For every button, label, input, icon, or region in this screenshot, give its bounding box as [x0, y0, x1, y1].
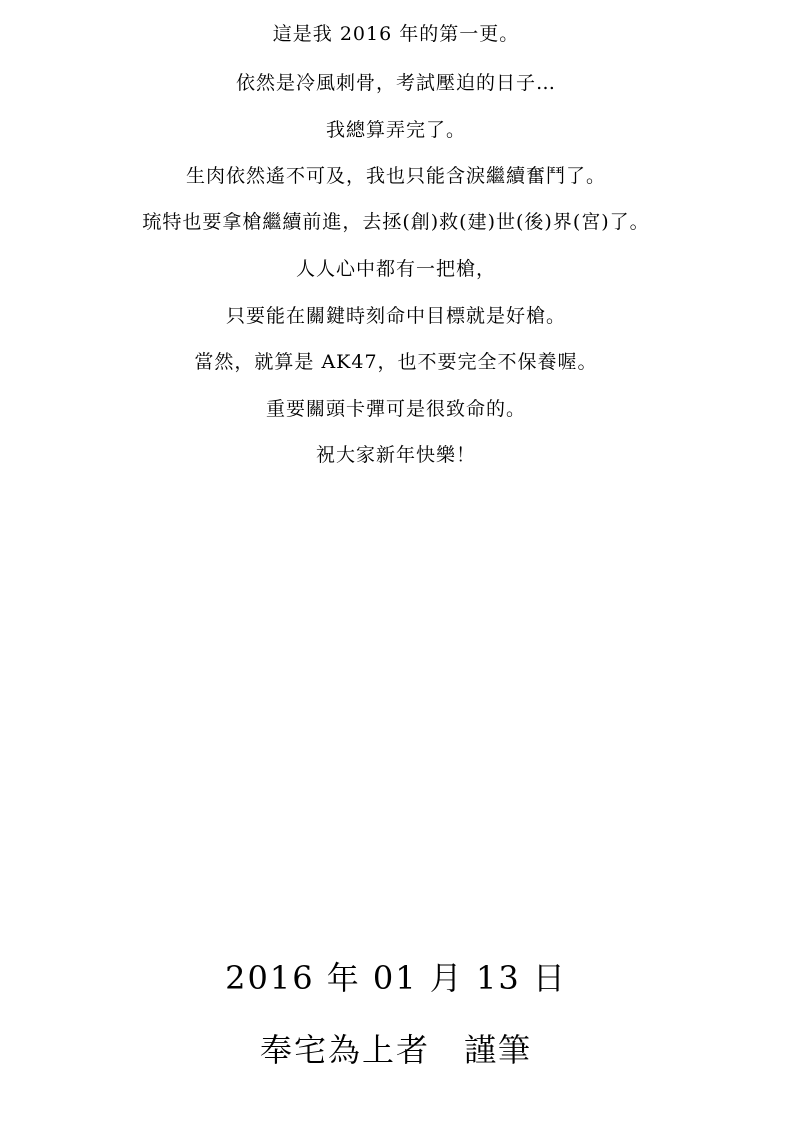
note-line-2: 依然是冷風刺骨，考試壓迫的日子… — [0, 71, 792, 95]
signature-block: 奉宅為上者謹筆 — [0, 1030, 792, 1070]
note-line-1: 這是我 2016 年的第一更。 — [0, 22, 792, 46]
note-line-9: 重要關頭卡彈可是很致命的。 — [0, 397, 792, 421]
signature-closing: 謹筆 — [464, 1031, 532, 1069]
signature-author: 奉宅為上者 — [260, 1031, 430, 1069]
note-line-6: 人人心中都有一把槍， — [0, 257, 792, 281]
signature-date: 2016 年 01 月 13 日 — [0, 958, 792, 998]
document-page: 這是我 2016 年的第一更。 依然是冷風刺骨，考試壓迫的日子… 我總算弄完了。… — [0, 0, 792, 1122]
note-line-4: 生肉依然遙不可及，我也只能含淚繼續奮鬥了。 — [0, 164, 792, 188]
note-line-7: 只要能在關鍵時刻命中目標就是好槍。 — [0, 304, 792, 328]
note-line-5: 琉特也要拿槍繼續前進，去拯(創)救(建)世(後)界(宮)了。 — [0, 210, 792, 234]
note-line-10: 祝大家新年快樂！ — [0, 443, 792, 467]
note-line-3: 我總算弄完了。 — [0, 118, 792, 142]
note-line-8: 當然，就算是 AK47，也不要完全不保養喔。 — [0, 350, 792, 374]
